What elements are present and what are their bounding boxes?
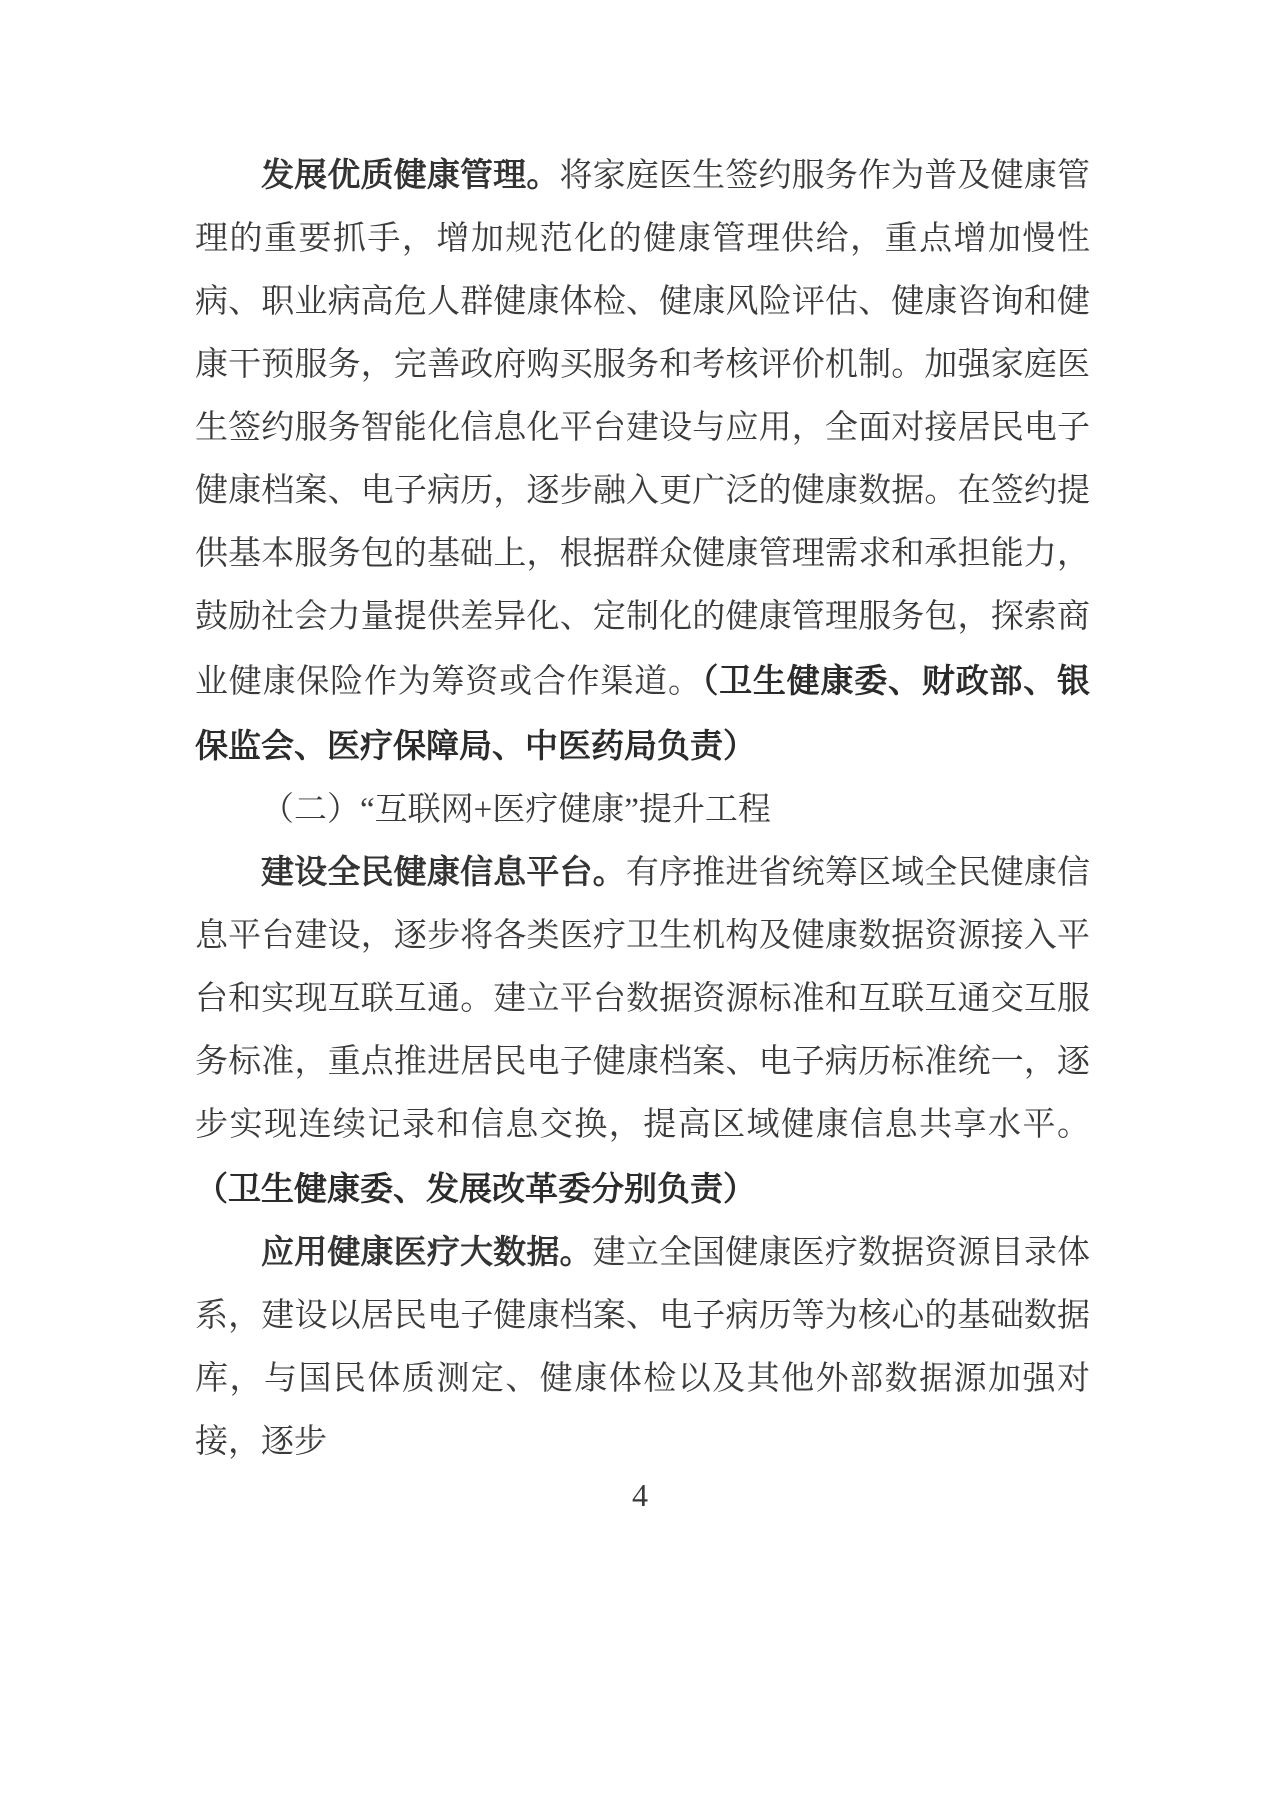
- responsibility-note: （卫生健康委、发展改革委分别负责）: [195, 1170, 756, 1207]
- document-body: 发展优质健康管理。将家庭医生签约服务作为普及健康管理的重要抓手，增加规范化的健康…: [195, 145, 1090, 1474]
- page-footer: 4: [0, 1475, 1280, 1515]
- section-heading-internet-plus-medical-health: （二）“互联网+医疗健康”提升工程: [195, 779, 1090, 842]
- paragraph-apply-health-medical-big-data: 应用健康医疗大数据。建立全国健康医疗数据资源目录体系，建设以居民电子健康档案、电…: [195, 1222, 1090, 1474]
- page-number: 4: [632, 1477, 648, 1513]
- paragraph-lead: 发展优质健康管理。: [261, 158, 560, 194]
- paragraph-develop-quality-health-management: 发展优质健康管理。将家庭医生签约服务作为普及健康管理的重要抓手，增加规范化的健康…: [195, 145, 1090, 779]
- paragraph-text: 将家庭医生签约服务作为普及健康管理的重要抓手，增加规范化的健康管理供给，重点增加…: [195, 158, 1090, 700]
- paragraph-lead: 建设全民健康信息平台。: [261, 855, 626, 891]
- section-heading-text: （二）“互联网+医疗健康”提升工程: [261, 792, 771, 828]
- paragraph-lead: 应用健康医疗大数据。: [261, 1235, 593, 1271]
- paragraph-text: 有序推进省统筹区域全民健康信息平台建设，逐步将各类医疗卫生机构及健康数据资源接入…: [195, 855, 1090, 1143]
- document-page: 发展优质健康管理。将家庭医生签约服务作为普及健康管理的重要抓手，增加规范化的健康…: [0, 0, 1280, 1809]
- paragraph-build-national-health-info-platform: 建设全民健康信息平台。有序推进省统筹区域全民健康信息平台建设，逐步将各类医疗卫生…: [195, 842, 1090, 1222]
